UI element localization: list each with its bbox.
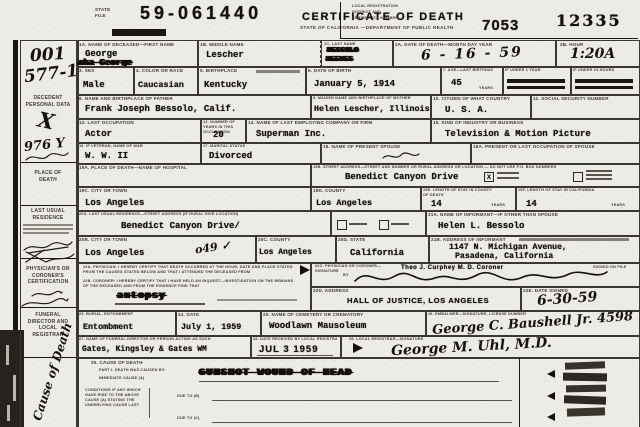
smudge-line — [519, 238, 629, 241]
pod-county-value: Los Angeles — [316, 198, 372, 208]
field-date-of-birth: 6. DATE OF BIRTH January 5, 1914 — [305, 66, 442, 96]
res-city-value: Los Angeles — [85, 248, 144, 258]
under-24h-label: IF UNDER 24 HOURS — [573, 68, 633, 73]
field-disposition: 23. BURIAL, ENTOMBMENT Entombment — [76, 310, 177, 337]
cause-part1-label: PART I. DEATH WAS CAUSED BY: — [99, 368, 166, 373]
race-label: 4. COLOR OR RACE — [136, 68, 183, 74]
date-of-birth-value: January 5, 1914 — [314, 79, 395, 89]
pod-street-label: 19B. STREET ADDRESS—STREET AND NUMBER OR… — [313, 165, 633, 170]
birthplace-value: Kentucky — [204, 80, 247, 90]
smudge-line — [23, 232, 69, 234]
arrow-right-icon — [353, 343, 363, 353]
city-limits-checkbox-empty — [573, 172, 583, 182]
field-under-24h: IF UNDER 24 HOURS — [570, 66, 640, 96]
smudge-line — [497, 172, 519, 174]
field-citizen: 10. CITIZEN OF WHAT COUNTRY U. S. A. — [430, 94, 532, 120]
field-disposition-date: 24. DATE July 1, 1959 — [175, 310, 262, 337]
industry-label: 15. KIND OF INDUSTRY OR BUSINESS — [433, 120, 523, 126]
middle-name-value: Lescher — [206, 50, 244, 60]
arrow-left-icon — [547, 370, 555, 378]
first-name-label: 1A. NAME OF DECEASED—FIRST NAME — [79, 42, 195, 48]
field-date-signed: 22E. DATE SIGNED 6-30-59 — [520, 286, 640, 312]
local-reg-label3: CERTIFICATE NUMBER — [352, 16, 398, 21]
cause-conditions-note: CONDITIONS IF ANY WHICH GAVE RISE TO THE… — [85, 388, 145, 408]
stay-state-value: 14 — [526, 199, 537, 209]
field-stay-county: 19E. LENGTH OF STAY IN COUNTY OF DEATH 1… — [420, 186, 517, 212]
citizen-value: U. S. A. — [445, 105, 488, 115]
informant-address-line2: Pasadena, California — [455, 252, 553, 261]
scribble — [24, 150, 70, 164]
field-res-citylimits — [330, 210, 427, 237]
field-marital: 17. MARITAL STATUS Divorced — [200, 142, 322, 165]
cause-immediate-label: IMMEDIATE CAUSE (A) — [99, 376, 145, 381]
informant-name-value: Helen L. Bessolo — [438, 221, 524, 231]
rule-line — [212, 422, 512, 423]
cause-due-c-label: DUE TO (C) — [177, 416, 200, 421]
last-name-value: BESSOLO — [327, 47, 359, 55]
local-reg-label1: LOCAL REGISTRATION — [352, 4, 398, 9]
res-state-label: 20D. STATE — [338, 237, 365, 243]
res-city-label: 20B. CITY OR TOWN — [79, 237, 127, 243]
spouse-occupation-label: 18A. PRESENT OR LAST OCCUPATION OF SPOUS… — [473, 144, 595, 150]
mother-value: Helen Lescher, Illinois — [314, 104, 430, 114]
field-res-street: 20A. LAST USUAL RESIDENCE—STREET ADDRESS… — [76, 210, 332, 237]
field-informant-name: 21A. NAME OF INFORMANT—IF OTHER THAN SPO… — [425, 210, 640, 237]
field-res-state: 20D. STATE California — [335, 235, 430, 264]
cemetery-value: Woodlawn Mausoleum — [269, 321, 366, 331]
field-spouse: 18. NAME OF PRESENT SPOUSE — [320, 142, 472, 165]
field-race: 4. COLOR OR RACE Caucasian — [133, 66, 199, 96]
coroner-address-value: HALL OF JUSTICE, LOS ANGELES — [347, 296, 489, 305]
field-res-city: 20B. CITY OR TOWN Los Angeles o49 ✓ — [76, 235, 257, 264]
industry-value: Television & Motion Picture — [445, 129, 591, 139]
res-county-value: Los Angeles — [259, 248, 312, 257]
stay-county-label: 19E. LENGTH OF STAY IN COUNTY OF DEATH — [423, 188, 493, 198]
field-pod-hospital: 19A. PLACE OF DEATH—NAME OF HOSPITAL — [76, 163, 312, 188]
cause-due-b-label: DUE TO (B) — [177, 394, 200, 399]
field-cemetery: 25. NAME OF CEMETERY OR CREMATORY Woodla… — [260, 310, 427, 337]
field-date-received: 28. DATE RECEIVED BY LOCAL REGISTRAR JUL… — [250, 335, 342, 359]
cemetery-label: 25. NAME OF CEMETERY OR CREMATORY — [263, 312, 363, 318]
scan-edge-bar — [13, 40, 18, 340]
sidebar-physician-label: PHYSICIAN'S OR CORONER'S CERTIFICATION — [23, 266, 73, 286]
res-state-value: California — [350, 248, 404, 258]
war-value: W. W. II — [85, 151, 128, 161]
field-spouse-occupation: 18A. PRESENT OR LAST OCCUPATION OF SPOUS… — [470, 142, 640, 165]
header-divider — [340, 2, 341, 38]
sidebar-decedent-label: DECEDENT PERSONAL DATA — [24, 95, 72, 108]
strike-bar — [507, 79, 565, 83]
smudge-line — [349, 223, 367, 225]
header-underline — [340, 38, 638, 39]
file-number: 59-061440 — [140, 3, 262, 24]
field-informant-address: 21B. ADDRESS OF INFORMANT 1147 N. Michig… — [428, 235, 640, 264]
field-birthplace: 5. BIRTHPLACE Kentucky — [197, 66, 307, 96]
last-name-overstrike: REEVES — [326, 56, 353, 64]
mother-label: 9. MAIDEN NAME AND BIRTHPLACE OF MOTHER — [313, 96, 425, 101]
age-value: 45 — [451, 78, 462, 88]
underline — [199, 381, 499, 382]
scribble — [20, 296, 70, 310]
father-value: Frank Joseph Bessolo, Calif. — [85, 104, 236, 114]
disposition-label: 23. BURIAL, ENTOMBMENT — [79, 312, 171, 317]
years-occupation-value: 20 — [213, 130, 224, 140]
field-middle-name: 1B. MIDDLE NAME Lescher — [197, 40, 322, 68]
field-war: 16. IF VETERAN, NAME OF WAR W. W. II — [76, 142, 202, 165]
death-certificate-scan: STATE FILE 59-061440 CERTIFICATE OF DEAT… — [0, 0, 640, 427]
stay-state-label: 19F. LENGTH OF STAY IN CALIFORNIA — [518, 188, 598, 193]
field-last-name: 1C. LAST NAME BESSOLO REEVES — [320, 40, 394, 68]
race-value: Caucasian — [138, 80, 184, 90]
date-received-label: 28. DATE RECEIVED BY LOCAL REGISTRAR — [253, 337, 337, 342]
occupation-label: 12. LAST OCCUPATION — [79, 120, 134, 126]
certificate-number: 12335 — [556, 11, 622, 30]
res-county-label: 20C. COUNTY — [258, 237, 291, 243]
smudge-line — [497, 177, 519, 179]
informant-name-label: 21A. NAME OF INFORMANT—IF OTHER THAN SPO… — [428, 212, 633, 218]
by-label: BY — [343, 273, 349, 278]
war-label: 16. IF VETERAN, NAME OF WAR — [79, 144, 195, 149]
arrow-right-icon — [300, 265, 310, 275]
smudge-line — [586, 178, 612, 180]
sidebar-residence-label: LAST USUAL RESIDENCE — [23, 208, 73, 221]
field-ssn: 11. SOCIAL SECURITY NUMBER — [530, 94, 640, 120]
field-embalmer: 26. EMBALMER—SIGNATURE, LICENSE NUMBER G… — [425, 310, 640, 337]
local-reg-label2: DISTRICT AND — [352, 10, 381, 15]
father-label: 8. NAME AND BIRTHPLACE OF FATHER — [79, 96, 173, 102]
field-funeral-director: 27. NAME OF FUNERAL DIRECTOR OR PERSON A… — [76, 335, 252, 359]
field-certification-text: 22A. PHYSICIAN: I HEREBY CERTIFY THAT DE… — [76, 262, 312, 312]
disposition-date-label: 24. DATE — [178, 312, 199, 318]
under-1yr-label: IF UNDER 1 YEAR — [505, 68, 565, 73]
ssn-label: 11. SOCIAL SECURITY NUMBER — [533, 96, 609, 102]
stay-county-unit: YEARS — [491, 203, 505, 208]
interval-stamp-smudge — [563, 360, 609, 424]
coroner-cert-text: 22B. CORONER: I HEREBY CERTIFY THAT I HA… — [83, 279, 298, 289]
strike-bar — [575, 86, 633, 89]
smudge-line — [217, 299, 297, 301]
smudge-block — [565, 361, 605, 369]
scan-strip-mark — [13, 375, 16, 401]
field-age: 7. AGE—LAST BIRTHDAY 45 YEARS — [440, 66, 504, 96]
arrow-left-icon — [547, 413, 555, 421]
header-ink-bar — [112, 29, 166, 36]
field-pod-city: 19C. CITY OR TOWN Los Angeles — [76, 186, 312, 212]
field-mother: 9. MAIDEN NAME AND BIRTHPLACE OF MOTHER … — [310, 94, 432, 120]
district-number: 7053 — [482, 17, 519, 34]
strike-bar — [575, 79, 633, 83]
employer-label: 14. NAME OF LAST EMPLOYING COMPANY OR FI… — [248, 120, 372, 126]
field-coroner-signature: 22C. PHYSICIAN OR CORONER—SIGNATURE Theo… — [310, 262, 640, 288]
coroner-signature-script — [351, 265, 611, 287]
scan-strip-mark — [6, 345, 9, 365]
strike-bar — [507, 86, 565, 89]
pod-city-label: 19C. CITY OR TOWN — [79, 188, 127, 194]
marital-value: Divorced — [209, 151, 252, 161]
physician-cert-text: 22A. PHYSICIAN: I HEREBY CERTIFY THAT DE… — [83, 265, 298, 275]
field-res-county: 20C. COUNTY Los Angeles — [255, 235, 337, 264]
middle-name-label: 1B. MIDDLE NAME — [200, 42, 244, 48]
cause-section-label: 30. CAUSE OF DEATH — [91, 360, 143, 366]
smudge-line — [257, 355, 333, 356]
stay-state-unit: YEARS — [611, 203, 625, 208]
date-of-birth-label: 6. DATE OF BIRTH — [308, 68, 351, 74]
rule-line — [212, 400, 512, 401]
field-first-name: 1A. NAME OF DECEASED—FIRST NAME George a… — [76, 40, 199, 68]
field-years-occupation: 13. NUMBER OF YEARS IN THIS OCCUPATION 2… — [200, 118, 247, 144]
field-sex: 3. SEX Male — [76, 66, 135, 96]
field-father: 8. NAME AND BIRTHPLACE OF FATHER Frank J… — [76, 94, 312, 120]
signed-on-file-label: SIGNED ON FILE — [593, 265, 635, 270]
smudge-line — [391, 223, 409, 225]
pod-city-value: Los Angeles — [85, 198, 144, 208]
field-local-registrar: 29. LOCAL REGISTRAR—SIGNATURE George M. … — [340, 335, 640, 359]
pod-county-label: 19D. COUNTY — [313, 188, 346, 194]
age-unit: YEARS — [479, 86, 493, 91]
field-employer: 14. NAME OF LAST EMPLOYING COMPANY OR FI… — [245, 118, 432, 144]
disposition-date-value: July 1, 1959 — [181, 322, 241, 332]
city-limits-checkbox-checked: x — [484, 172, 494, 182]
page-subtitle: STATE OF CALIFORNIA —DEPARTMENT OF PUBLI… — [300, 25, 454, 31]
res-checkbox-1 — [337, 220, 347, 230]
arrow-left-icon — [547, 392, 555, 400]
field-hour: 2B. HOUR 1:20A — [555, 40, 640, 68]
section-cause-of-death: 30. CAUSE OF DEATH PART I. DEATH WAS CAU… — [76, 357, 640, 427]
scribble — [381, 150, 421, 162]
date-received-stamp: JUL 3 1959 — [259, 344, 318, 355]
age-label: 7. AGE—LAST BIRTHDAY — [443, 68, 499, 73]
smudge-line — [256, 70, 300, 73]
disposition-value: Entombment — [83, 322, 133, 332]
res-street-value: Benedict Canyon Drive/ — [121, 221, 240, 231]
birthplace-label: 5. BIRTHPLACE — [200, 68, 237, 74]
scan-strip-mark — [7, 405, 10, 421]
scribble — [22, 248, 76, 264]
pod-hospital-label: 19A. PLACE OF DEATH—NAME OF HOSPITAL — [79, 165, 187, 171]
field-under-1yr: IF UNDER 1 YEAR — [502, 66, 572, 96]
smudge-block — [563, 373, 607, 382]
date-of-death-value: 6 - 16 - 59 — [421, 44, 523, 64]
smudge-line — [23, 228, 73, 230]
field-stay-state: 19F. LENGTH OF STAY IN CALIFORNIA 14 YEA… — [515, 186, 640, 212]
funeral-director-value: Gates, Kingsley & Gates WM — [82, 345, 207, 354]
hour-value: 1:20A — [570, 46, 615, 62]
field-pod-county: 19D. COUNTY Los Angeles — [310, 186, 422, 212]
field-pod-street: 19B. STREET ADDRESS—STREET AND NUMBER OR… — [310, 163, 640, 188]
smudge-block — [567, 407, 605, 416]
field-date-of-death: 2A. DATE OF DEATH—MONTH DAY YEAR 6 - 16 … — [392, 40, 557, 68]
stay-county-value: 14 — [431, 199, 442, 209]
field-occupation: 12. LAST OCCUPATION Actor — [76, 118, 202, 144]
coroner-address-label: 22D. ADDRESS — [313, 288, 349, 294]
smudge-block — [564, 395, 606, 404]
sex-value: Male — [83, 80, 105, 90]
funeral-director-label: 27. NAME OF FUNERAL DIRECTOR OR PERSON A… — [79, 337, 245, 342]
date-signed-value: 6-30-59 — [537, 289, 598, 309]
informant-address-line1: 1147 N. Michigan Avenue, — [449, 243, 567, 252]
smudge-line — [586, 170, 612, 172]
state-file-label2: FILE — [95, 13, 106, 19]
marital-label: 17. MARITAL STATUS — [203, 144, 315, 149]
field-industry: 15. KIND OF INDUSTRY OR BUSINESS Televis… — [430, 118, 640, 144]
sex-label: 3. SEX — [79, 68, 95, 74]
sidebar-divider — [21, 205, 76, 206]
citizen-label: 10. CITIZEN OF WHAT COUNTRY — [433, 96, 510, 102]
smudge-block — [566, 385, 606, 393]
res-checkbox-2 — [379, 220, 389, 230]
smudge-line — [586, 174, 612, 176]
autopsy-value: autopsy — [117, 291, 166, 302]
bracket-line — [149, 388, 150, 418]
cause-immediate-value: GUNSHOT WOUND OF HEAD — [199, 367, 352, 379]
smudge-line — [115, 303, 205, 305]
pod-street-value: Benedict Canyon Drive — [345, 172, 458, 182]
res-city-hand-note: o49 ✓ — [194, 239, 231, 257]
occupation-value: Actor — [85, 129, 112, 139]
res-street-label: 20A. LAST USUAL RESIDENCE—STREET ADDRESS… — [79, 212, 327, 217]
sidebar-place-label: PLACE OF DEATH — [28, 170, 68, 183]
smudge-line — [23, 224, 73, 226]
field-coroner-address: 22D. ADDRESS HALL OF JUSTICE, LOS ANGELE… — [310, 286, 522, 312]
column-divider — [519, 358, 520, 427]
employer-value: Superman Inc. — [256, 129, 326, 139]
